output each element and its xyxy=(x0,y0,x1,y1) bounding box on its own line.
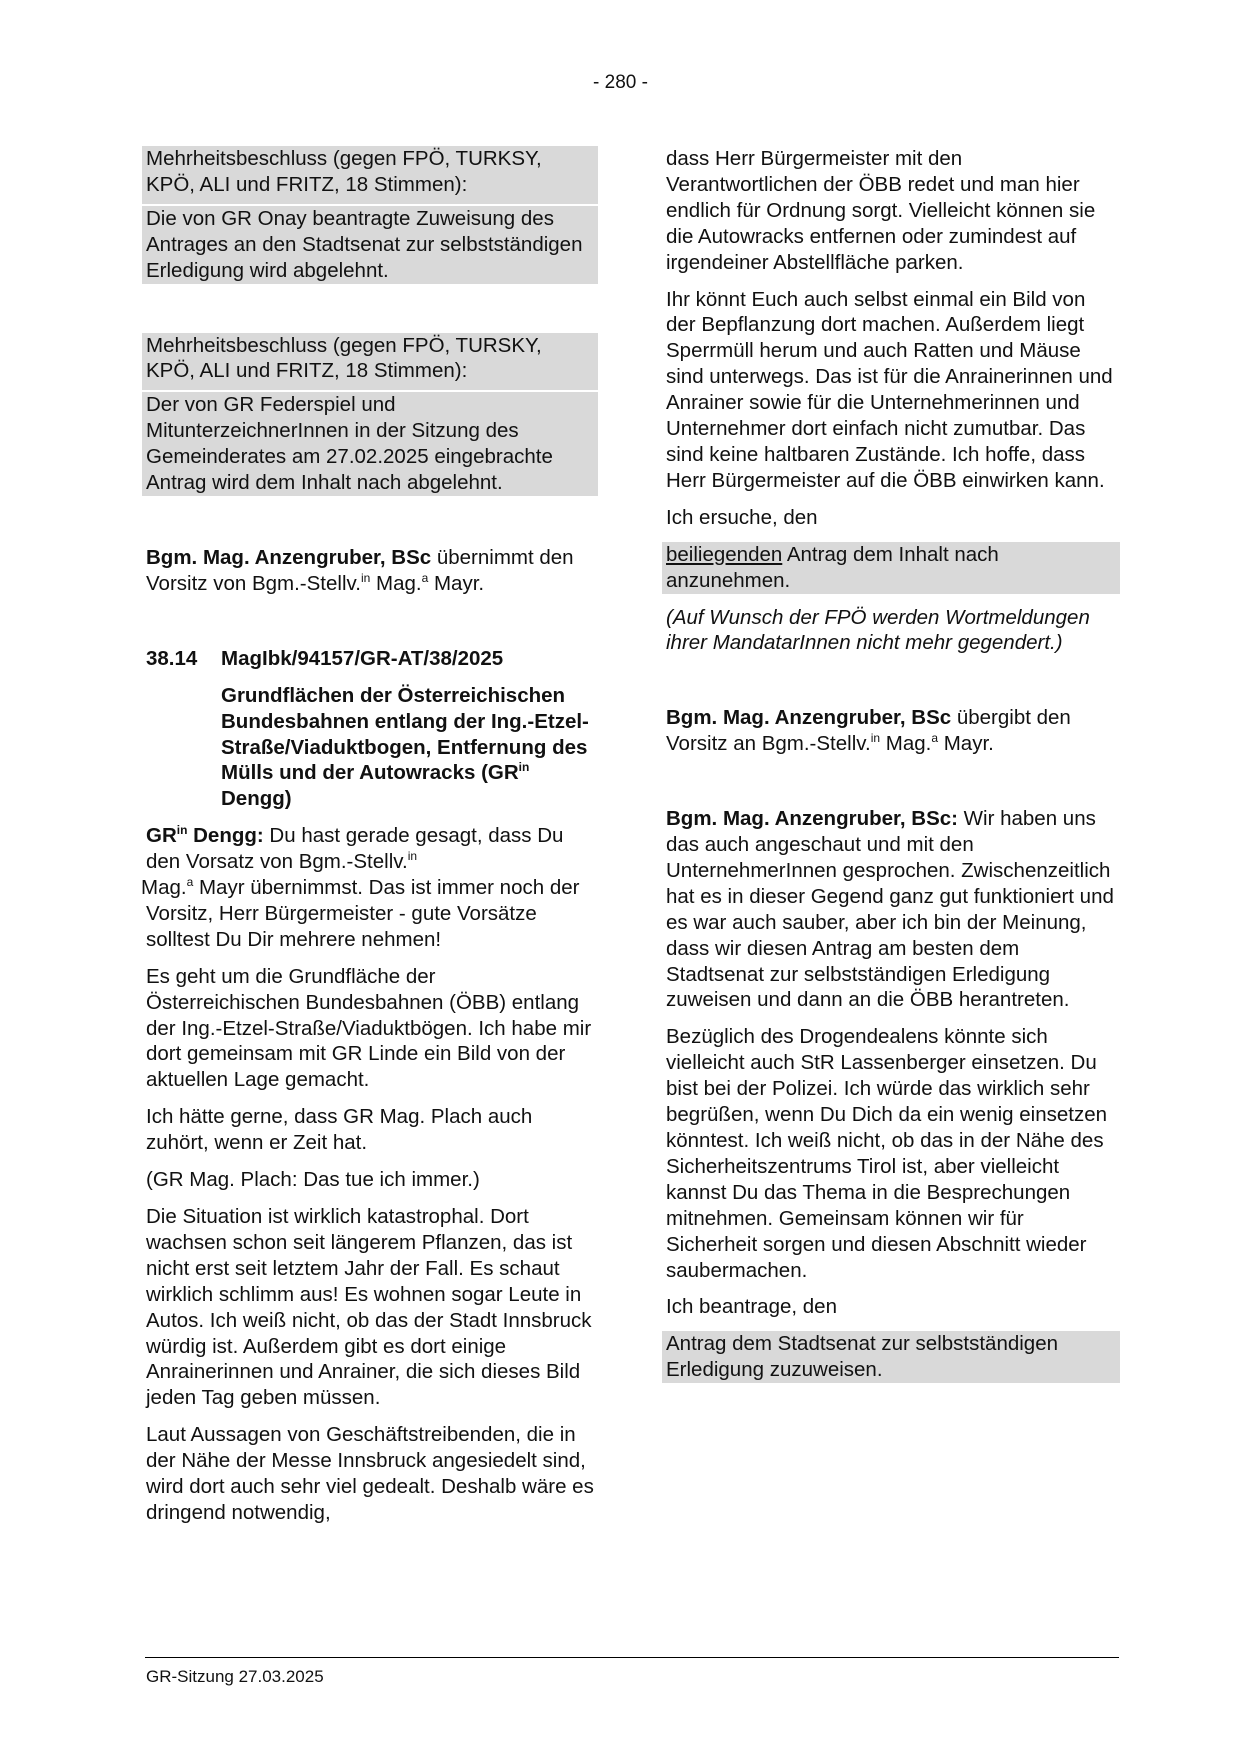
agenda-item-title: Grundflächen der Österreichischen Bundes… xyxy=(221,683,594,813)
paragraph: Die Situation ist wirklich katastrophal.… xyxy=(146,1204,594,1411)
motion-text: beiliegenden Antrag dem Inhalt nach anzu… xyxy=(666,542,1116,594)
resolution-vote: Mehrheitsbeschluss (gegen FPÖ, TURKSY, K… xyxy=(146,146,594,198)
resolution-block-2: Mehrheitsbeschluss (gegen FPÖ, TURSKY, K… xyxy=(146,333,594,496)
paragraph: Laut Aussagen von Geschäftstreibenden, d… xyxy=(146,1422,594,1526)
motion-block-1: beiliegenden Antrag dem Inhalt nach anzu… xyxy=(666,542,1116,594)
right-column: dass Herr Bürgermeister mit den Verantwo… xyxy=(666,146,1116,1394)
agenda-item-reference: MagIbk/94157/GR-AT/38/2025 xyxy=(221,646,503,672)
resolution-text: Der von GR Federspiel und Mitunterzeichn… xyxy=(146,392,594,496)
speaker-name: Bgm. Mag. Anzengruber, BSc xyxy=(666,706,951,729)
speaker-name: Bgm. Mag. Anzengruber, BSc: xyxy=(666,807,958,830)
paragraph: Es geht um die Grundfläche der Österreic… xyxy=(146,964,594,1094)
paragraph: Ich beantrage, den xyxy=(666,1294,1116,1320)
footer-divider xyxy=(145,1657,1119,1658)
agenda-item-number: 38.14 xyxy=(146,646,221,672)
underlined-word: beiliegenden xyxy=(666,543,782,566)
paragraph: Ich ersuche, den xyxy=(666,505,1116,531)
paragraph: dass Herr Bürgermeister mit den Verantwo… xyxy=(666,146,1116,276)
footer-session-date: GR-Sitzung 27.03.2025 xyxy=(146,1667,324,1687)
paragraph: Ich hätte gerne, dass GR Mag. Plach auch… xyxy=(146,1104,594,1156)
agenda-item-heading: 38.14 MagIbk/94157/GR-AT/38/2025 xyxy=(146,646,594,672)
chair-change-notice: Bgm. Mag. Anzengruber, BSc übernimmt den… xyxy=(146,545,594,597)
resolution-block-1: Mehrheitsbeschluss (gegen FPÖ, TURKSY, K… xyxy=(146,146,594,284)
speaker-name: Bgm. Mag. Anzengruber, BSc xyxy=(146,546,431,569)
motion-text: Antrag dem Stadtsenat zur selbstständige… xyxy=(666,1331,1116,1383)
resolution-text: Die von GR Onay beantragte Zuweisung des… xyxy=(146,206,594,284)
speech-dengg: GRin Dengg: Du hast gerade gesagt, dass … xyxy=(146,823,594,953)
resolution-vote: Mehrheitsbeschluss (gegen FPÖ, TURSKY, K… xyxy=(146,333,594,385)
paragraph: Ihr könnt Euch auch selbst einmal ein Bi… xyxy=(666,287,1116,494)
chair-handover-notice: Bgm. Mag. Anzengruber, BSc übergibt den … xyxy=(666,705,1116,757)
page-number: - 280 - xyxy=(0,72,1241,94)
motion-block-2: Antrag dem Stadtsenat zur selbstständige… xyxy=(666,1331,1116,1383)
interjection: (GR Mag. Plach: Das tue ich immer.) xyxy=(146,1167,594,1193)
speech-mayor: Bgm. Mag. Anzengruber, BSc: Wir haben un… xyxy=(666,806,1116,1013)
left-column: Mehrheitsbeschluss (gegen FPÖ, TURKSY, K… xyxy=(146,146,594,1537)
paragraph: Bezüglich des Drogendealens könnte sich … xyxy=(666,1024,1116,1283)
editorial-note: (Auf Wunsch der FPÖ werden Wortmeldungen… xyxy=(666,605,1116,657)
speaker-name: GRin Dengg: xyxy=(146,824,264,847)
